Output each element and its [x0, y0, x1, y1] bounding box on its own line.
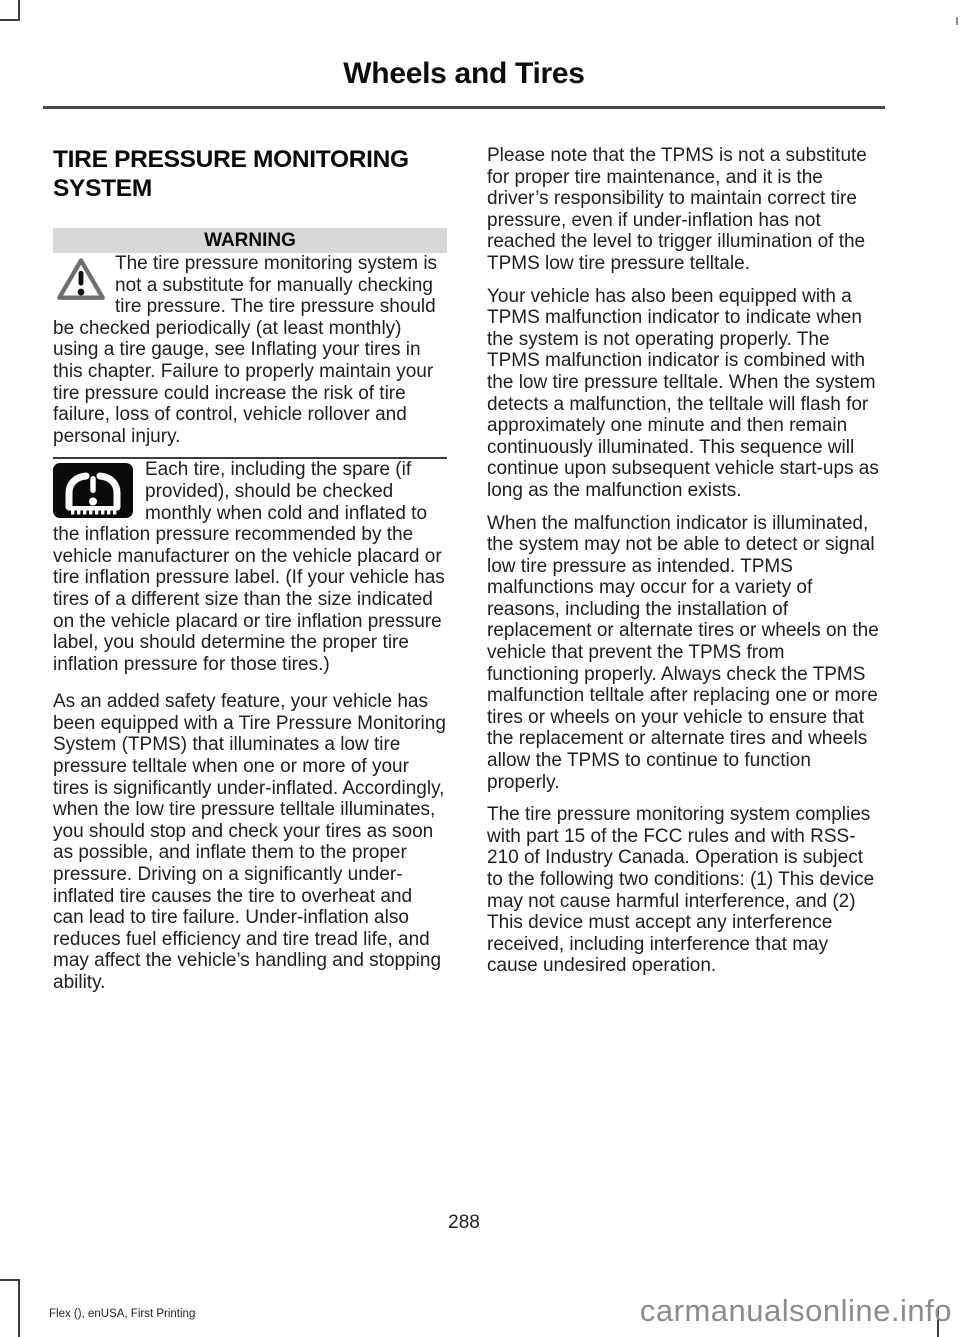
body-paragraph: Your vehicle has also been equipped with… [487, 286, 881, 502]
body-paragraph: Please note that the TPMS is not a subst… [487, 145, 881, 275]
crop-mark-bottom-left [18, 1280, 20, 1337]
tpms-telltale-icon [53, 463, 133, 518]
print-note: Flex (), enUSA, First Printing [49, 1308, 195, 1320]
header-rule [43, 106, 885, 109]
body-paragraph: When the malfunction indicator is illumi… [487, 513, 881, 794]
warning-text: The tire pressure monitoring system is n… [53, 253, 437, 447]
left-column: TIRE PRESSURE MONITORING SYSTEM WARNING … [53, 145, 447, 994]
warning-box: WARNING The tire pressure monitoring sys… [53, 228, 447, 459]
page-title: Wheels and Tires [43, 57, 885, 91]
crop-mark-top-right [956, 17, 958, 25]
crop-mark-top-left [0, 19, 20, 21]
page-number: 288 [43, 1212, 885, 1234]
crop-mark-bottom-left [0, 1279, 20, 1281]
content-columns: TIRE PRESSURE MONITORING SYSTEM WARNING … [53, 145, 881, 994]
manual-page: Wheels and Tires TIRE PRESSURE MONITORIN… [0, 0, 960, 1337]
warning-paragraph: The tire pressure monitoring system is n… [53, 253, 447, 447]
tpms-paragraph: Each tire, including the spare (if provi… [53, 459, 447, 675]
section-title: TIRE PRESSURE MONITORING SYSTEM [53, 145, 447, 203]
body-paragraph: As an added safety feature, your vehicle… [53, 691, 447, 993]
warning-triangle-icon [55, 256, 107, 303]
right-column: Please note that the TPMS is not a subst… [487, 145, 881, 994]
body-paragraph: The tire pressure monitoring system comp… [487, 804, 881, 977]
crop-mark-top-left [18, 0, 20, 21]
watermark: carmanualsonline.info [640, 1293, 952, 1329]
warning-banner: WARNING [53, 228, 447, 253]
